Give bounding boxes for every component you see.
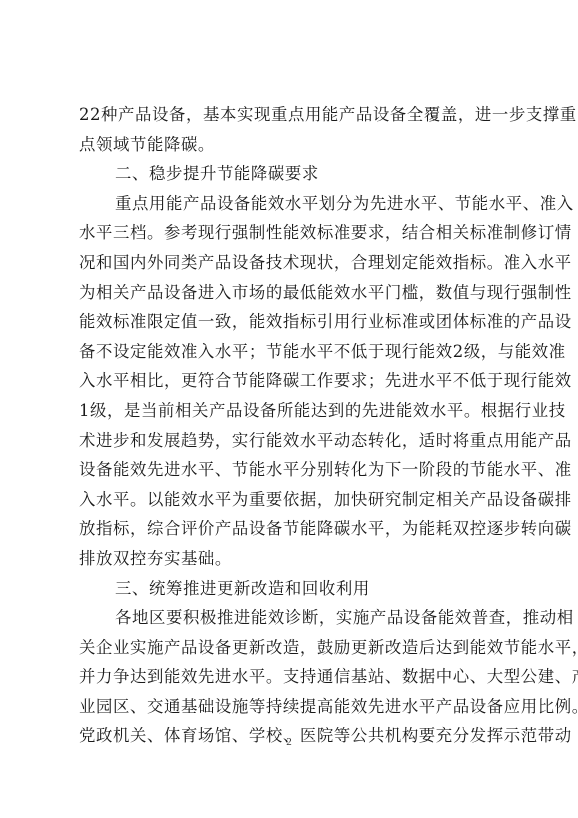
text-line: 关企业实施产品设备更新改造，鼓励更新改造后达到能效节能水平，	[79, 633, 497, 663]
text-line: 设备能效先进水平、节能水平分别转化为下一阶段的节能水平、准	[79, 455, 497, 485]
text-line: 术进步和发展趋势，实行能效水平动态转化，适时将重点用能产品	[79, 426, 497, 456]
section-heading-3: 三、统筹推进更新改造和回收利用	[79, 574, 497, 604]
text-line: 1级，是当前相关产品设备所能达到的先进能效水平。根据行业技	[79, 396, 497, 426]
document-body: 22种产品设备，基本实现重点用能产品设备全覆盖，进一步支撑重 点领域节能降碳。 …	[79, 100, 497, 751]
text-line: 放指标，综合评价产品设备节能降碳水平，为能耗双控逐步转向碳	[79, 514, 497, 544]
text-line: 水平三档。参考现行强制性能效标准要求，结合相关标准制修订情	[79, 218, 497, 248]
text-line: 为相关产品设备进入市场的最低能效水平门槛，数值与现行强制性	[79, 278, 497, 308]
page-number: 2	[0, 736, 578, 748]
document-page: 22种产品设备，基本实现重点用能产品设备全覆盖，进一步支撑重 点领域节能降碳。 …	[0, 0, 578, 818]
text-line: 备不设定能效准入水平；节能水平不低于现行能效2级，与能效准	[79, 337, 497, 367]
text-line: 入水平相比，更符合节能降碳工作要求；先进水平不低于现行能效	[79, 366, 497, 396]
text-line: 并力争达到能效先进水平。支持通信基站、数据中心、大型公建、产	[79, 662, 497, 692]
text-line: 业园区、交通基础设施等持续提高能效先进水平产品设备应用比例。	[79, 692, 497, 722]
text-line: 能效标准限定值一致，能效指标引用行业标准或团体标准的产品设	[79, 307, 497, 337]
text-line: 况和国内外同类产品设备技术现状，合理划定能效指标。准入水平	[79, 248, 497, 278]
text-line: 排放双控夯实基础。	[79, 544, 497, 574]
text-line: 22种产品设备，基本实现重点用能产品设备全覆盖，进一步支撑重	[79, 100, 497, 130]
paragraph-start: 各地区要积极推进能效诊断，实施产品设备能效普查，推动相	[79, 603, 497, 633]
text-line: 点领域节能降碳。	[79, 130, 497, 160]
paragraph-start: 重点用能产品设备能效水平划分为先进水平、节能水平、准入	[79, 189, 497, 219]
section-heading-2: 二、稳步提升节能降碳要求	[79, 159, 497, 189]
text-line: 入水平。以能效水平为重要依据，加快研究制定相关产品设备碳排	[79, 485, 497, 515]
